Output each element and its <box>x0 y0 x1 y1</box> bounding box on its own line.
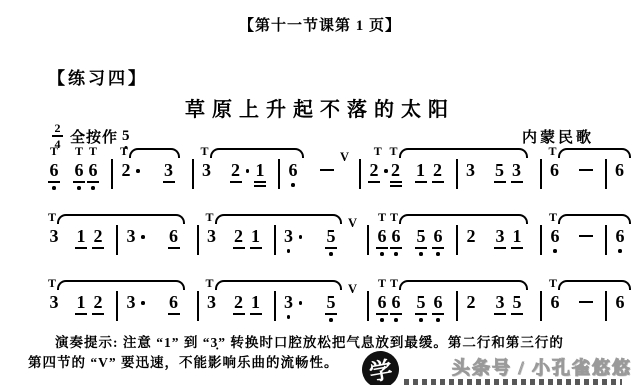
slur-group: T66 <box>549 278 631 321</box>
note-3: 3 <box>283 226 303 253</box>
note-1: 1 <box>250 292 262 315</box>
beam-underline <box>390 185 402 187</box>
breath-mark: V <box>348 217 357 229</box>
note-6: 6 <box>614 292 626 312</box>
slur-group: T656235 <box>390 278 528 322</box>
note-stack: 6 <box>432 226 444 256</box>
note-3: 3 <box>125 292 145 312</box>
slur-group-top: T <box>206 212 343 226</box>
tonguing-mark: T <box>549 278 557 289</box>
slur-group-top: T <box>48 212 185 226</box>
augmentation-dot <box>141 301 145 305</box>
note-stack: 5 <box>325 292 337 322</box>
note-6: 6 <box>168 226 180 249</box>
slur-group-top: T <box>549 278 631 292</box>
note-main: 3 <box>283 226 303 253</box>
beam-underline <box>48 181 60 183</box>
note-digit: 2 <box>92 226 104 246</box>
note-6: 6 <box>390 226 402 256</box>
spacer <box>307 226 325 227</box>
beam-underline <box>168 313 180 315</box>
note-main: 2 <box>233 226 245 249</box>
note-6: 6 <box>432 292 444 322</box>
dash-wrap <box>579 226 593 246</box>
slur-group: T212353 <box>390 146 528 189</box>
note-stack: 2 <box>390 160 402 187</box>
note-main: 1 <box>75 226 87 249</box>
note-digit: 6 <box>87 160 99 180</box>
note-digit: 1 <box>250 226 262 246</box>
note-3: 3 <box>163 160 175 183</box>
spacer <box>223 292 233 293</box>
beam-underline <box>415 247 427 249</box>
note-digit: 6 <box>376 226 388 246</box>
beam-underline <box>368 181 380 183</box>
note-3: 3 <box>48 292 60 312</box>
augmentation-dot <box>246 169 250 173</box>
note-stack: 5 <box>415 292 427 322</box>
note-digit: 6 <box>614 226 626 246</box>
note-stack: 5 <box>415 226 427 256</box>
note-digit: 6 <box>168 226 180 246</box>
note-main: 3 <box>206 226 218 246</box>
note-stack: 6 <box>73 160 85 190</box>
note-main: 1 <box>254 160 266 187</box>
note-stack: 6 <box>376 292 388 322</box>
note-1: 1 <box>254 160 266 187</box>
note-main: 5 <box>415 226 427 256</box>
note-2: T2 <box>368 146 388 183</box>
note-main: 6 <box>432 226 444 256</box>
note-main: 2 <box>390 160 402 187</box>
note-1: 1 <box>75 292 87 315</box>
note-main: 5 <box>511 292 523 315</box>
time-signature-top: 2 <box>55 122 61 134</box>
exercise-label: 【练习四】 <box>48 64 148 89</box>
note-2: 2 <box>465 292 477 312</box>
note-main: 3 <box>163 160 175 183</box>
note-6: 6 <box>390 292 402 322</box>
low-octave-dot <box>419 252 423 256</box>
spacer <box>482 160 494 161</box>
note-main: 3 <box>48 292 60 312</box>
note-digit: 6 <box>376 292 388 312</box>
slur-group: T656231 <box>390 212 528 256</box>
note-digit: 1 <box>254 160 266 180</box>
dash-bar <box>579 235 593 238</box>
note-digit: 3 <box>125 226 137 246</box>
note-main: 2 <box>432 160 444 183</box>
spacer <box>636 146 640 147</box>
barline <box>456 291 458 321</box>
slur-arc <box>558 280 631 290</box>
note-1: 1 <box>415 160 427 183</box>
note-1: 1 <box>75 226 87 249</box>
spacer <box>218 160 230 161</box>
slur-arc <box>57 280 184 290</box>
logo-character: 学 <box>366 351 394 385</box>
dash-bar <box>579 169 593 172</box>
note-3: 3 <box>465 160 477 180</box>
barline <box>116 291 118 321</box>
beam-underline <box>92 247 104 249</box>
slur-group-body: 66 <box>549 292 631 321</box>
note-stack: 1 <box>250 226 262 249</box>
beam-underline <box>376 313 388 315</box>
note-5: 5 <box>325 226 337 256</box>
beam-underline <box>494 181 506 183</box>
note-main: 2 <box>465 292 477 312</box>
tips-line-1: 演奏提示: 注意 “1” 到 “3̣” 转换时口腔放松把气息放到最缓。第二行和第… <box>28 333 624 353</box>
note-6: T6 <box>87 146 99 190</box>
note-stack: 6 <box>614 160 626 180</box>
spacer <box>636 212 640 213</box>
slur-group-body: 656235 <box>390 292 528 322</box>
note-6: T6 <box>48 146 60 190</box>
low-octave-dot <box>553 249 557 253</box>
slur-group: T31236 <box>48 212 185 255</box>
beam-underline <box>250 247 262 249</box>
tonguing-mark: T <box>75 146 83 157</box>
watermark-account: 头条号 / 小孔雀悠悠 <box>452 354 632 380</box>
spacer <box>482 292 494 293</box>
note-main: 5 <box>415 292 427 322</box>
low-octave-dot <box>291 183 295 187</box>
note-main: 3 <box>48 226 60 246</box>
score-line-1: T6T6T6T23T3216VT2T212353T66V <box>48 146 626 195</box>
note-stack: 3 <box>206 292 218 312</box>
tonguing-mark: T <box>206 278 214 289</box>
beam-underline <box>325 247 337 249</box>
slur-group: T3216 <box>201 146 305 189</box>
low-octave-dot <box>287 315 291 319</box>
beam-underline <box>233 313 245 315</box>
spacer <box>150 226 168 227</box>
beam-underline <box>250 313 262 315</box>
note-main: 6 <box>549 292 561 312</box>
beam-underline <box>390 247 402 249</box>
note-digit: 2 <box>390 160 402 180</box>
tonguing-mark: T <box>48 278 56 289</box>
note-stack: 1 <box>415 160 427 183</box>
augmentation-dot <box>141 235 145 239</box>
tonguing-mark: T <box>549 146 557 157</box>
note-main: 6 <box>168 292 180 315</box>
low-octave-dot <box>329 252 333 256</box>
slur-group-top: T <box>390 278 528 292</box>
slur-group-top: T <box>549 146 631 160</box>
tonguing-mark: T <box>390 146 398 157</box>
beam-underline <box>390 313 402 315</box>
note-digit: 2 <box>92 292 104 312</box>
note-digit: 5 <box>415 292 427 312</box>
note-6: T6 <box>376 212 388 256</box>
note-stack: 5 <box>511 292 523 315</box>
note-3: 3 <box>511 160 523 183</box>
note-main: 6 <box>549 160 561 180</box>
note-stack: 1 <box>511 226 523 249</box>
note-main: 3 <box>494 226 506 249</box>
beam-underline <box>163 181 175 183</box>
slur-group: T32135 <box>206 212 343 256</box>
note-stack: 3 <box>125 226 137 246</box>
note-stack: 2 <box>368 160 380 183</box>
fingering-note: 5 <box>122 128 130 145</box>
beam-underline <box>376 247 388 249</box>
barline <box>456 159 458 189</box>
note-6: 6 <box>287 160 299 187</box>
note-2: 2 <box>432 160 444 183</box>
beam-underline <box>432 181 444 183</box>
note-2: 2 <box>390 160 402 187</box>
tonguing-mark: T <box>206 212 214 223</box>
note-digit: 3 <box>48 226 60 246</box>
slur-arc <box>558 148 631 158</box>
note-stack: 6 <box>549 292 561 312</box>
note-5: 5 <box>494 160 506 183</box>
note-stack: 6 <box>168 292 180 315</box>
slur-group-body: 31236 <box>48 292 185 321</box>
barline <box>359 159 361 189</box>
score-line-2: T31236T32135VT6T656231T66V <box>48 212 626 261</box>
dash-wrap <box>320 160 334 180</box>
song-title: 草原上升起不落的太阳 <box>0 93 640 122</box>
note-stack: 6 <box>87 160 99 190</box>
note-6: 6 <box>614 226 626 253</box>
note-digit: 2 <box>230 160 242 180</box>
tonguing-mark: T <box>89 146 97 157</box>
note-digit: 6 <box>549 160 561 180</box>
spacer <box>566 226 574 227</box>
slur-group-top: T <box>201 146 305 160</box>
dash-bar <box>579 301 593 304</box>
beam-underline <box>494 313 506 315</box>
note-stack: 3 <box>125 292 137 312</box>
tonguing-mark: T <box>378 278 386 289</box>
augmentation-dot <box>299 301 303 305</box>
slur-group-top: T <box>549 212 631 226</box>
slur-group-body: 3216 <box>201 160 305 189</box>
low-octave-dot <box>436 252 440 256</box>
spacer <box>566 160 574 161</box>
note-5: 5 <box>415 292 427 322</box>
note-digit: 3 <box>283 226 295 246</box>
note-stack: 6 <box>549 226 561 253</box>
beam-underline <box>511 247 523 249</box>
slur-group: T32135 <box>206 278 343 322</box>
note-1: 1 <box>250 226 262 249</box>
beam-underline <box>75 247 87 249</box>
slur-group-body: 66 <box>549 160 631 189</box>
note-2: 2 <box>465 226 477 246</box>
note-main: 2 <box>368 160 388 183</box>
note-main: 6 <box>614 160 626 180</box>
spacer <box>307 292 325 293</box>
note-main: 6 <box>376 292 388 322</box>
note-digit: 6 <box>614 292 626 312</box>
note-stack: 2 <box>432 160 444 183</box>
beam-underline <box>254 185 266 187</box>
slur-arc <box>215 280 342 290</box>
note-6: 6 <box>549 226 561 253</box>
note-stack: 6 <box>432 292 444 322</box>
note-digit: 3 <box>283 292 295 312</box>
spacer <box>407 292 415 293</box>
note-stack: 1 <box>75 292 87 315</box>
augmentation-dot <box>136 169 140 173</box>
note-digit: 1 <box>415 160 427 180</box>
note-1: 1 <box>511 226 523 249</box>
low-octave-dot <box>419 318 423 322</box>
note-main: 6 <box>390 226 402 256</box>
note-5: 5 <box>325 292 337 322</box>
note-stack: 2 <box>465 226 477 246</box>
low-octave-dot <box>380 252 384 256</box>
note-2: 2 <box>233 292 245 315</box>
note-digit: 3 <box>494 226 506 246</box>
note-digit: 3 <box>511 160 523 180</box>
dash-wrap <box>579 160 593 180</box>
slur-group-top: T <box>206 278 343 292</box>
note-3: 3 <box>206 292 218 312</box>
note-stack: 6 <box>168 226 180 249</box>
note-main: 3 <box>494 292 506 315</box>
note-stack: 3 <box>283 292 295 319</box>
note-3: 3 <box>48 226 60 246</box>
note-main: 5 <box>325 226 337 256</box>
note-main: 2 <box>233 292 245 315</box>
dash-note-extension <box>579 160 593 180</box>
note-main: 2 <box>465 226 477 246</box>
note-main: 5 <box>494 160 506 183</box>
note-main: 3 <box>201 160 213 180</box>
low-octave-dot <box>52 186 56 190</box>
top-spacer <box>320 146 334 160</box>
slur-group-body: 23 <box>120 160 180 183</box>
note-6: T6 <box>376 278 388 322</box>
note-6: 6 <box>614 160 626 180</box>
note-2: 2 <box>92 226 104 249</box>
barline <box>111 159 113 189</box>
note-stack: 5 <box>325 226 337 256</box>
low-octave-dot <box>436 318 440 322</box>
beam-underline <box>87 181 99 183</box>
slur-group-top: T <box>48 278 185 292</box>
dash-note-extension <box>579 226 593 246</box>
low-octave-dot <box>91 186 95 190</box>
note-digit: 3 <box>48 292 60 312</box>
note-digit: 1 <box>250 292 262 312</box>
note-digit: 2 <box>432 160 444 180</box>
note-stack: 3 <box>494 292 506 315</box>
note-stack: 6 <box>376 226 388 256</box>
cropped-caption-strip <box>404 379 622 385</box>
note-main: 1 <box>250 226 262 249</box>
note-stack: 1 <box>254 160 266 187</box>
slur-arc <box>210 148 304 158</box>
note-digit: 2 <box>465 226 477 246</box>
slur-group-body: 32135 <box>206 292 343 322</box>
beam-underline <box>511 313 523 315</box>
note-stack: 3 <box>206 226 218 246</box>
song-source: 内蒙民歌 <box>522 126 594 147</box>
note-main: 1 <box>511 226 523 249</box>
slur-arc <box>558 214 631 224</box>
tonguing-mark: T <box>378 212 386 223</box>
note-main: 6 <box>549 226 561 253</box>
tonguing-mark: T <box>50 146 58 157</box>
note-main: 3 <box>283 292 303 319</box>
beam-underline <box>230 181 242 183</box>
slur-group-top: T <box>390 146 528 160</box>
note-stack: 3 <box>283 226 295 253</box>
note-digit: 6 <box>432 226 444 246</box>
beam-underline <box>92 313 104 315</box>
tonguing-mark: T <box>48 212 56 223</box>
tonguing-mark: T <box>390 278 398 289</box>
spacer <box>223 226 233 227</box>
breath-mark: V <box>340 151 349 163</box>
note-stack: 6 <box>287 160 299 187</box>
spacer <box>145 160 163 161</box>
note-main: 3 <box>125 226 145 246</box>
note-main: 6 <box>614 226 626 253</box>
note-stack: 6 <box>549 160 561 180</box>
beam-underline <box>415 181 427 183</box>
note-digit: 5 <box>494 160 506 180</box>
note-stack: 3 <box>511 160 523 183</box>
note-digit: 2 <box>368 160 380 180</box>
slur-group-body: 32135 <box>206 226 343 256</box>
note-stack: 5 <box>494 160 506 183</box>
spacer <box>407 160 415 161</box>
note-main: 3 <box>206 292 218 312</box>
note-stack: 2 <box>465 292 477 312</box>
note-main: 6 <box>390 292 402 322</box>
barline <box>605 225 607 255</box>
slur-arc <box>129 148 179 158</box>
note-6: 6 <box>549 160 561 180</box>
breath-mark: V <box>348 283 357 295</box>
low-octave-dot <box>394 252 398 256</box>
tonguing-mark: T <box>390 212 398 223</box>
note-stack: 3 <box>465 160 477 180</box>
note-main: 6 <box>614 292 626 312</box>
barline <box>274 225 276 255</box>
beam-underline <box>233 247 245 249</box>
note-main: 1 <box>250 292 262 315</box>
note-digit: 6 <box>390 226 402 246</box>
note-main: 2 <box>230 160 250 183</box>
slur-arc <box>57 214 184 224</box>
note-main: 3 <box>125 292 145 312</box>
barline <box>197 291 199 321</box>
note-stack: 6 <box>390 226 402 256</box>
note-digit: 3 <box>494 292 506 312</box>
note-main: 6 <box>87 160 99 190</box>
note-digit: 6 <box>287 160 299 180</box>
note-digit: 3 <box>201 160 213 180</box>
barline <box>192 159 194 189</box>
note-6: 6 <box>549 292 561 312</box>
note-top: T <box>378 278 386 292</box>
note-2: 2 <box>92 292 104 315</box>
beam-underline <box>415 313 427 315</box>
note-main: 6 <box>376 226 388 256</box>
slur-group-body: 66 <box>549 226 631 255</box>
slur-group-top: T <box>120 146 180 160</box>
slur-arc <box>399 214 528 224</box>
